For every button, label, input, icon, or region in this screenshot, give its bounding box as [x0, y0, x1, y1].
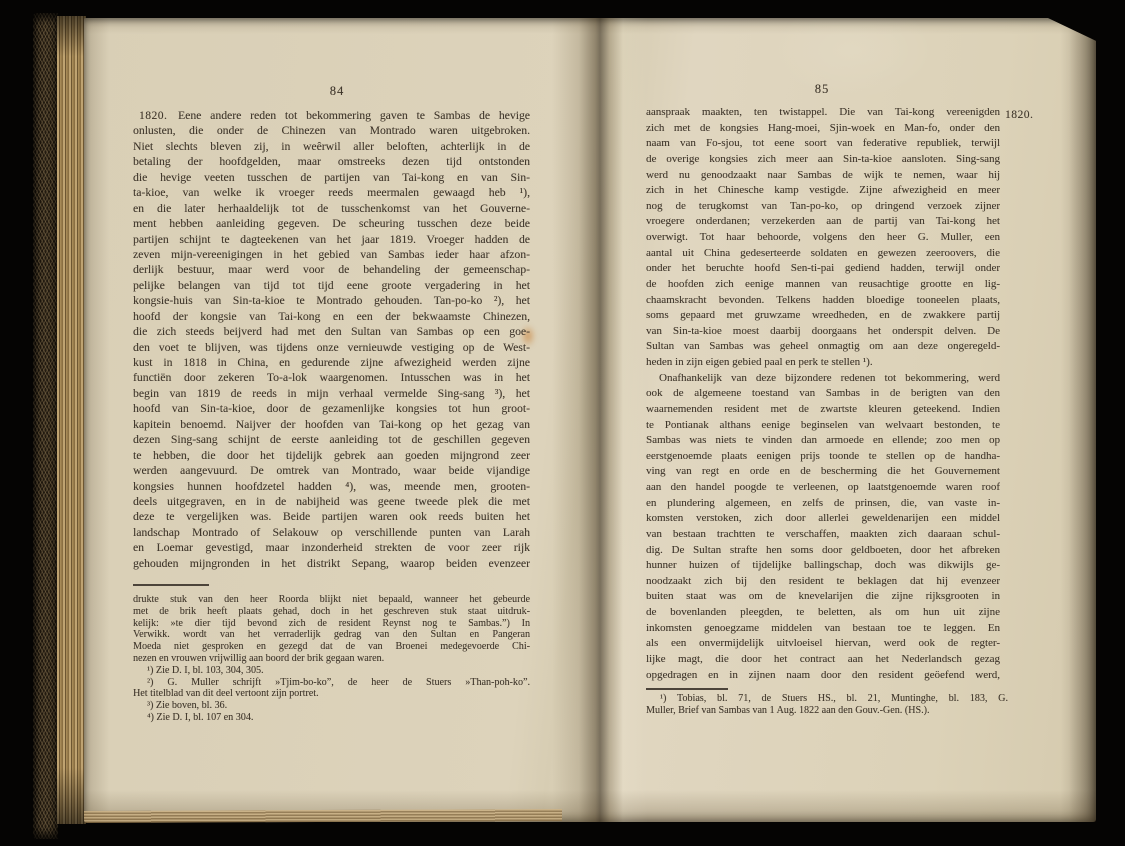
page-edge-stack: [57, 16, 86, 824]
text-line: zich in het Chinesche kamp vestigde. Zij…: [646, 183, 1000, 199]
text-line: noodzaakt zich bij den resident te bekla…: [646, 574, 1000, 590]
text-line: buiten staat was om de knevelarijen die …: [646, 589, 1000, 605]
text-line: inkomsten genoegzame middelen van bestaa…: [646, 621, 1000, 637]
text-line: te Pontianak althans eenige beginselen v…: [646, 418, 1000, 434]
text-line: zich met de kongsies Hang-moei, Sjin-woe…: [646, 121, 1000, 137]
text-line: ¹) Tobias, bl. 71, de Stuers HS., bl. 21…: [646, 693, 1008, 705]
text-line: nog de terugkomst van Tan-po-ko, op drin…: [646, 199, 1000, 215]
text-line: aan den handel poogde te verleenen, op l…: [646, 480, 1000, 496]
text-line: overwigt. Tot haar behoorde, volgens den…: [646, 230, 1000, 246]
text-line: aanspraak maakten, ten twistappel. Die v…: [646, 105, 1000, 121]
text-line: van Sin-ta-kioe moest daarbij doorgaans …: [646, 324, 1000, 340]
text-line: Sambas was niets te vinden dan armoede e…: [646, 433, 1000, 449]
text-line: van bestaan trachtten te verschaffen, ma…: [646, 527, 1000, 543]
text-line: eerstgenoemde plaats eenigen prijs toond…: [646, 449, 1000, 465]
text-line: ook de algemeene toestand van Sambas in …: [646, 386, 1000, 402]
footnote-rule-right: [646, 688, 728, 690]
text-line: opgedragen en in zijnen naam door den re…: [646, 668, 1000, 684]
book-photo: 84 1820. Eene andere reden tot bekommeri…: [0, 0, 1125, 846]
text-line: dig. De Sultan strafte hen soms door gel…: [646, 543, 1000, 559]
text-line: chaamskracht bevonden. Telkens hadden bl…: [646, 293, 1000, 309]
margin-year-right: 1820.: [1005, 109, 1033, 121]
text-line: waarnemenden resident met de zwartste kl…: [646, 402, 1000, 418]
body-text-right: aanspraak maakten, ten twistappel. Die v…: [646, 105, 1000, 683]
text-line: Muller, Brief van Sambas van 1 Aug. 1822…: [646, 705, 1008, 717]
text-line: aantal uit China gedeserteerde soldaten …: [646, 246, 1000, 262]
text-line: de hoofden zich eenige mannen van reusac…: [646, 277, 1000, 293]
text-line: de bovenlanden pleegden, te beletten, al…: [646, 605, 1000, 621]
open-book-spread: 84 1820. Eene andere reden tot bekommeri…: [84, 18, 1096, 822]
text-line: de overige kongsies zich meer aan Sin-ta…: [646, 152, 1000, 168]
text-line: werd nu genoodzaakt naar Sambas de wijk …: [646, 168, 1000, 184]
book-spine-edge: [33, 13, 58, 839]
text-line: naam van Fo-sjou, tot eene soort van fed…: [646, 136, 1000, 152]
footnotes-right: ¹) Tobias, bl. 71, de Stuers HS., bl. 21…: [646, 693, 1008, 717]
text-line: soms gepaard met gruwzame wreedheden, en…: [646, 308, 1000, 324]
right-page: 85 1820. aanspraak maakten, ten twistapp…: [84, 18, 1096, 822]
page-number-right: 85: [802, 82, 842, 97]
text-line: vroegere onderdanen; verzekerden aan de …: [646, 214, 1000, 230]
text-line: heden in zijn eigen gebied paal en perk …: [646, 355, 1000, 371]
text-line: onder het beruchte hoofd Sen-ti-pai gedi…: [646, 261, 1000, 277]
text-line: ving van regt en orde en de bescherming …: [646, 464, 1000, 480]
text-line: hunner huizen of tijdelijke ballingschap…: [646, 558, 1000, 574]
text-line: komsten verstoken, zich door allerlei ge…: [646, 511, 1000, 527]
text-line: Sultan van Sambas was geheel onmagtig om…: [646, 339, 1000, 355]
text-line: lijke magt, die door het contract aan he…: [646, 652, 1000, 668]
text-line: als een onvermijdelijk uitvloeisel hierv…: [646, 636, 1000, 652]
text-line: en plundering algemeen, en zelfs de prin…: [646, 496, 1000, 512]
text-line: Onafhankelijk van deze bijzondere redene…: [646, 371, 1000, 387]
